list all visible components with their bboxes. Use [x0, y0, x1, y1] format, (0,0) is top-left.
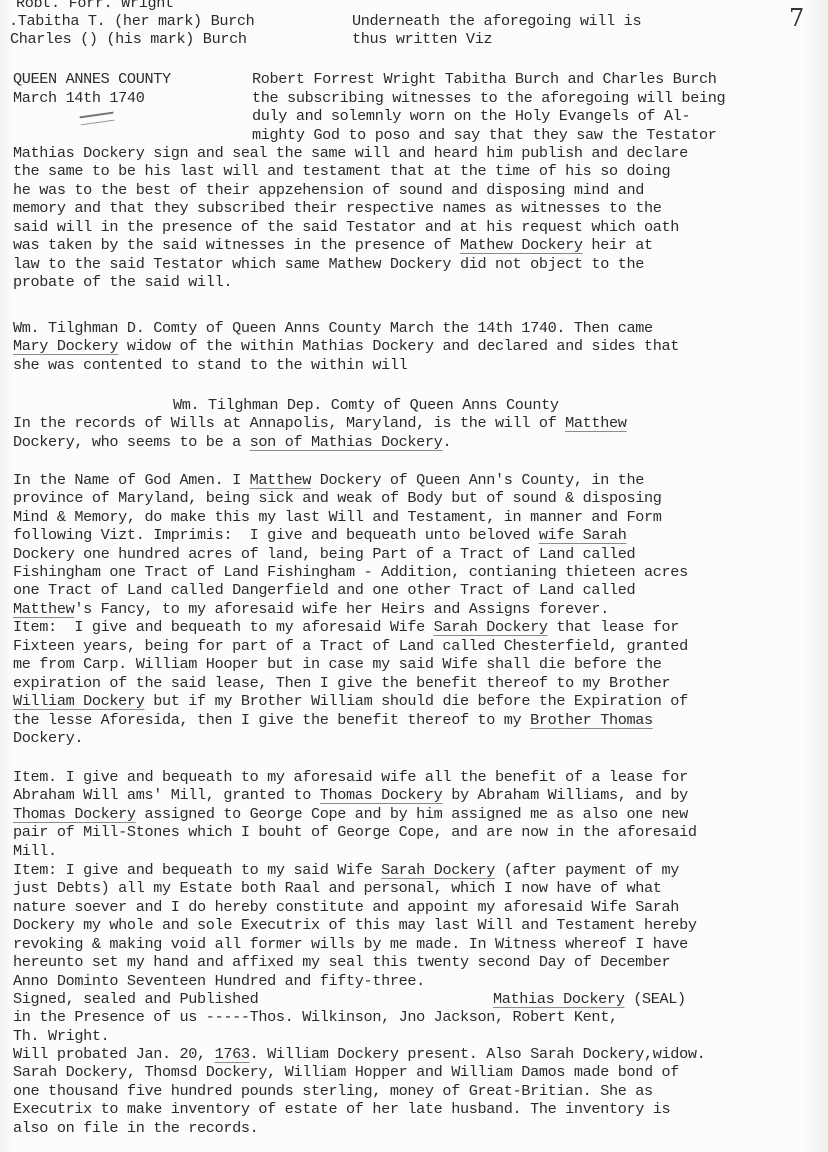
- oath-line: law to the said Testator which same Math…: [13, 255, 644, 273]
- oath-line: memory and that they subscribed their re…: [13, 199, 662, 217]
- oath-line: the subscribing witnesses to the aforego…: [252, 89, 725, 107]
- document-page: 7 Robt. Forr. Wright.Tabitha T. (her mar…: [0, 0, 828, 1152]
- intro-line: In the records of Wills at Annapolis, Ma…: [13, 414, 627, 432]
- oath-line: Mathias Dockery sign and seal the same w…: [13, 144, 688, 162]
- oath-line: said will in the presence of the said Te…: [13, 218, 679, 236]
- will-line: In the Name of God Amen. I Matthew Docke…: [13, 471, 644, 489]
- testator-signature: Mathias Dockery (SEAL): [493, 990, 686, 1008]
- will-line: province of Maryland, being sick and wea…: [13, 489, 662, 507]
- will-line: Mind & Memory, do make this my last Will…: [13, 508, 662, 526]
- witness-line: Charles () (his mark) Burch: [10, 30, 247, 48]
- item-line: just Debts) all my Estate both Raal and …: [13, 879, 662, 897]
- item-line: Anno Dominto Seventeen Hundred and fifty…: [13, 972, 425, 990]
- item-line: Item: I give and bequeath to my said Wif…: [13, 861, 679, 879]
- oath-line: mighty God to poso and say that they saw…: [252, 126, 717, 144]
- page-number: 7: [789, 4, 804, 32]
- will-line: me from Carp. William Hooper but in case…: [13, 655, 662, 673]
- item-line: nature soever and I do hereby constitute…: [13, 898, 679, 916]
- will-line: Dockery one hundred acres of land, being…: [13, 545, 635, 563]
- date-heading: March 14th 1740: [13, 89, 144, 107]
- item-line: Abraham Will ams' Mill, granted to Thoma…: [13, 786, 688, 804]
- widow-line: Wm. Tilghman D. Comty of Queen Anns Coun…: [13, 319, 653, 337]
- oath-line: he was to the best of their appzehension…: [13, 181, 644, 199]
- probate-line: Executrix to make inventory of estate of…: [13, 1100, 670, 1118]
- item-line: pair of Mill-Stones which I bouht of Geo…: [13, 823, 697, 841]
- presence-line: in the Presence of us -----Thos. Wilkins…: [13, 1008, 618, 1026]
- widow-line: Mary Dockery widow of the within Mathias…: [13, 337, 679, 355]
- oath-line: probate of the said will.: [13, 273, 232, 291]
- note-line: thus written Viz: [352, 30, 492, 48]
- clerk-signature-line: Wm. Tilghman Dep. Comty of Queen Anns Co…: [173, 396, 559, 414]
- item-line: hereunto set my hand and affixed my seal…: [13, 953, 670, 971]
- probate-line: one thousand five hundred pounds sterlin…: [13, 1082, 653, 1100]
- will-line: following Vizt. Imprimis: I give and beq…: [13, 526, 626, 544]
- witness-line: .Tabitha T. (her mark) Burch: [9, 12, 254, 30]
- signed-label: Signed, sealed and Published: [13, 990, 258, 1008]
- probate-line: Will probated Jan. 20, 1763. William Doc…: [13, 1045, 705, 1063]
- note-line: Underneath the aforegoing will is: [352, 12, 641, 30]
- witness-line: Robt. Forr. Wright: [16, 0, 174, 12]
- will-line: the lesse Aforesida, then I give the ben…: [13, 711, 653, 729]
- oath-line: duly and solemnly worn on the Holy Evang…: [252, 107, 690, 125]
- item-line: Thomas Dockery assigned to George Cope a…: [13, 805, 688, 823]
- item-line: revoking & making void all former wills …: [13, 935, 688, 953]
- widow-line: she was contented to stand to the within…: [13, 356, 407, 374]
- oath-line: the same to be his last will and testame…: [13, 162, 670, 180]
- handwritten-underline-mark: [80, 112, 115, 126]
- probate-line: Sarah Dockery, Thomsd Dockery, William H…: [13, 1063, 679, 1081]
- intro-line: Dockery, who seems to be a son of Mathia…: [13, 433, 451, 451]
- item-line: Dockery my whole and sole Executrix of t…: [13, 916, 697, 934]
- will-line: Fixteen years, being for part of a Tract…: [13, 637, 688, 655]
- oath-line: was taken by the said witnesses in the p…: [13, 236, 653, 254]
- will-line: Matthew's Fancy, to my aforesaid wife he…: [13, 600, 609, 618]
- will-line: Fishingham one Tract of Land Fishingham …: [13, 563, 688, 581]
- probate-line: also on file in the records.: [13, 1119, 258, 1137]
- county-heading: QUEEN ANNES COUNTY: [13, 70, 171, 88]
- presence-line: Th. Wright.: [13, 1027, 109, 1045]
- will-line: Dockery.: [13, 729, 83, 747]
- oath-line: Robert Forrest Wright Tabitha Burch and …: [252, 70, 717, 88]
- will-line: one Tract of Land called Dangerfield and…: [13, 581, 635, 599]
- item-line: Mill.: [13, 842, 57, 860]
- will-line: expiration of the said lease, Then I giv…: [13, 674, 670, 692]
- will-line: Item: I give and bequeath to my aforesai…: [13, 618, 679, 636]
- will-line: William Dockery but if my Brother Willia…: [13, 692, 688, 710]
- item-line: Item. I give and bequeath to my aforesai…: [13, 768, 688, 786]
